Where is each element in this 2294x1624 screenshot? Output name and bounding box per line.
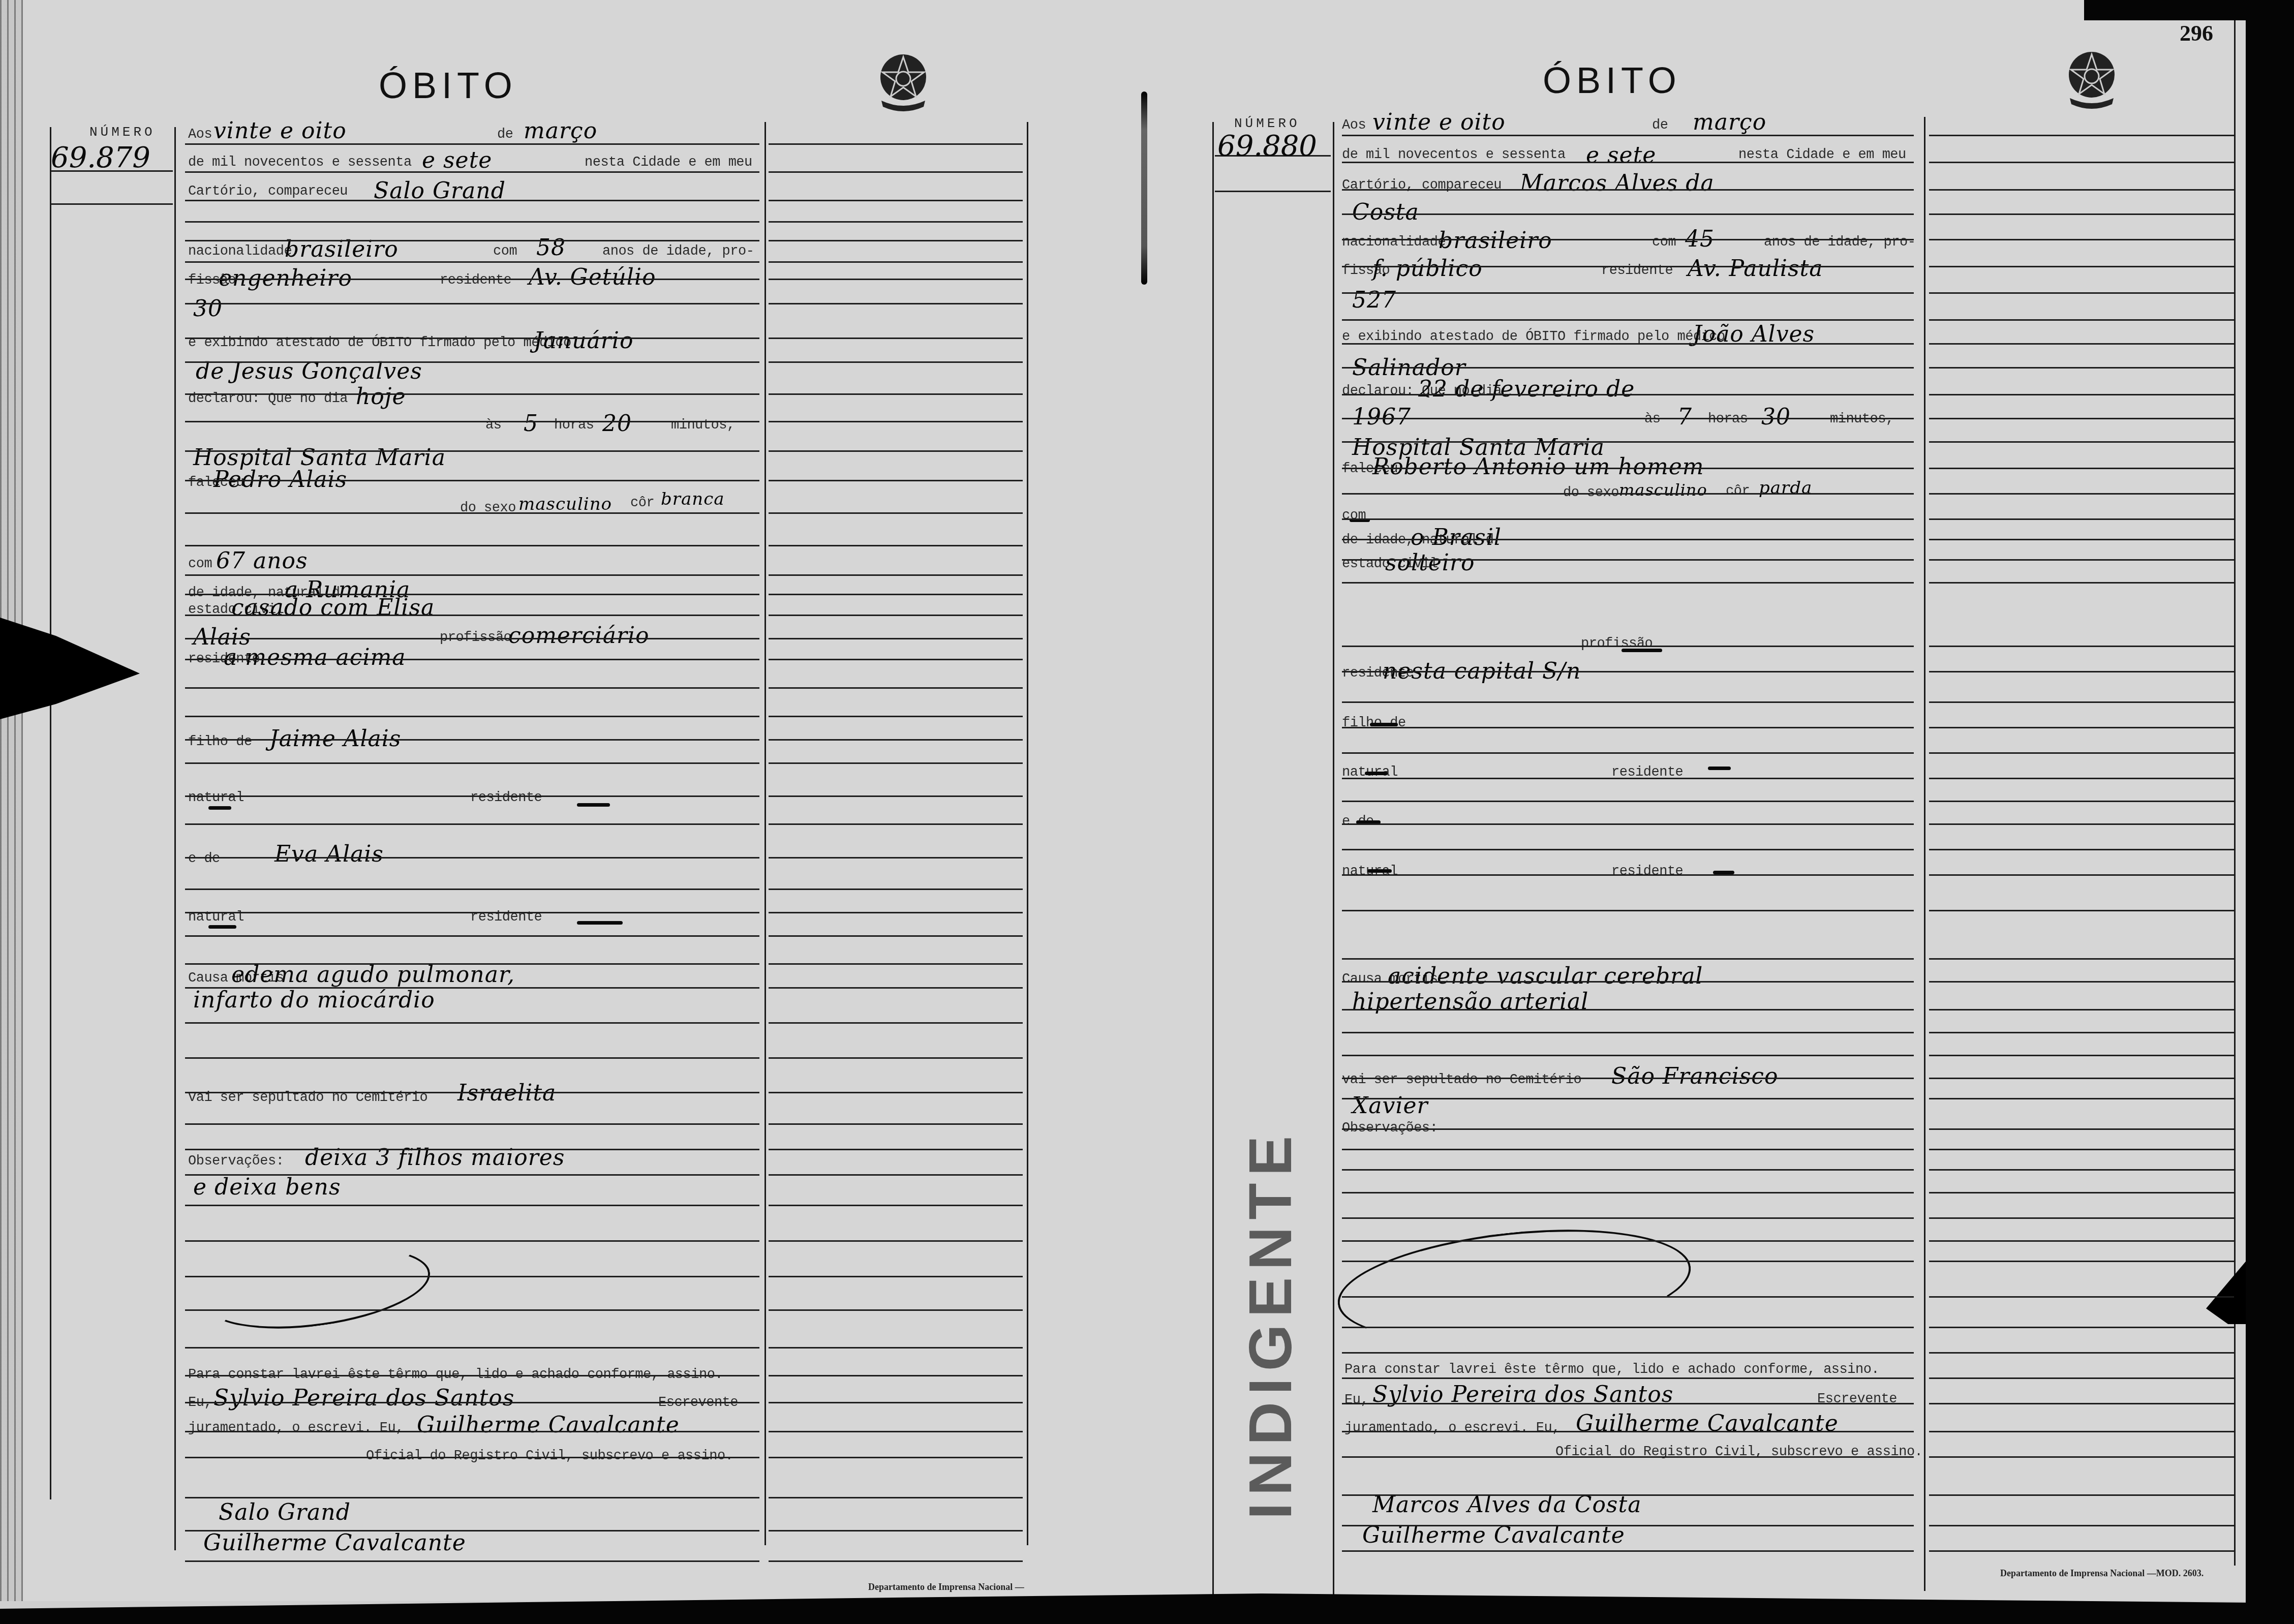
minutes-value: 20 [602, 411, 632, 437]
cause-of-death-cont: hipertensão arterial [1352, 989, 1588, 1015]
form-rule [185, 1022, 759, 1024]
form-rule [185, 638, 759, 639]
margin-rule [1929, 213, 2234, 215]
escrevente-label: Escrevente [1817, 1392, 1897, 1407]
minutos-label: minutos, [1830, 412, 1894, 427]
right-outer-border [1212, 122, 1214, 1596]
form-rule [185, 1347, 759, 1349]
form-rule [185, 1174, 759, 1176]
form-rule [1342, 1550, 1914, 1552]
age-label: anos de idade, pro- [602, 244, 754, 259]
form-rule [1342, 727, 1914, 728]
margin-rule [769, 200, 1023, 201]
form-rule [1342, 441, 1914, 443]
record-number: 69.880 [1217, 130, 1317, 163]
father-dash [1370, 723, 1398, 726]
cemetery-value: São Francisco [1611, 1063, 1778, 1089]
form-rule [1342, 778, 1914, 779]
margin-rule [1929, 162, 2234, 163]
form-rule [185, 1240, 759, 1242]
margin-rule [769, 594, 1023, 595]
final-signature: Guilherme Cavalcante [203, 1530, 466, 1556]
margin-rule [769, 912, 1023, 913]
deceased-age: 67 anos [216, 548, 308, 574]
margin-rule [769, 361, 1023, 363]
profession-dash [1622, 649, 1662, 652]
com-label: com [493, 244, 517, 259]
margin-rule [769, 421, 1023, 422]
form-rule [185, 545, 759, 546]
month-value: março [524, 118, 597, 144]
year-label: de mil novecentos e sessenta [1342, 147, 1566, 163]
form-rule [185, 716, 759, 717]
margin-rule [1929, 1352, 2234, 1354]
form-rule [1342, 910, 1914, 911]
margin-rule [1929, 1494, 2234, 1496]
father-residente-label: residente [470, 790, 542, 806]
margin-rule [769, 480, 1023, 481]
cartorio-label: Cartório, compareceu [188, 184, 348, 199]
margin-rule [769, 1092, 1023, 1093]
margin-rule [1929, 1377, 2234, 1379]
form-rule [1342, 701, 1914, 703]
form-rule [185, 888, 759, 890]
margin-rule [769, 1240, 1023, 1242]
form-rule [185, 240, 759, 241]
margin-rule [1929, 1261, 2234, 1262]
margin-rule [1929, 468, 2234, 469]
day-value: vinte e oito [213, 118, 347, 144]
oficial-label: Oficial do Registro Civil, subscrevo e a… [366, 1449, 733, 1464]
form-rule [1342, 394, 1914, 395]
margin-rule [1929, 1296, 2234, 1298]
year-value: e sete [1586, 142, 1656, 168]
margin-rule [769, 795, 1023, 797]
residente-label: residente [440, 273, 511, 288]
official-signature: Guilherme Cavalcante [1576, 1411, 1839, 1436]
form-rule [185, 221, 759, 223]
margin-rule [769, 303, 1023, 304]
scan-border-right [2246, 0, 2294, 1624]
nationality-value: brasileiro [1439, 228, 1552, 254]
form-rule [1342, 239, 1914, 240]
binding-gutter-mark [1141, 91, 1147, 285]
margin-rule [769, 963, 1023, 965]
margin-rule [769, 1375, 1023, 1376]
number-box-line [1215, 191, 1331, 192]
city-label: nesta Cidade e em meu [585, 155, 752, 170]
father-residence-dash [577, 803, 610, 807]
form-rule [1342, 874, 1914, 876]
margin-rule [1929, 981, 2234, 983]
form-rule [185, 935, 759, 937]
horas-label: horas [1708, 412, 1748, 427]
margin-rule [1929, 823, 2234, 825]
margin-rule [1929, 559, 2234, 561]
form-rule [185, 200, 759, 201]
official-signature: Guilherme Cavalcante [417, 1412, 680, 1438]
deceased-profession: comerciário [508, 623, 649, 649]
cor-label: côr [630, 496, 654, 511]
form-rule [185, 1149, 759, 1150]
form-rule [1342, 1403, 1914, 1404]
form-rule [1342, 266, 1914, 267]
margin-rule [769, 1174, 1023, 1176]
father-natural-dash [208, 806, 231, 810]
form-rule [185, 279, 759, 280]
eu-label: Eu, [1344, 1393, 1368, 1408]
marital-status: solteiro [1385, 550, 1475, 576]
form-rule [185, 795, 759, 797]
filho-label: filho de [188, 734, 252, 750]
form-rule [185, 1457, 759, 1458]
doctor-value: Januário [534, 328, 633, 354]
margin-rule [769, 1497, 1023, 1498]
margin-rule [769, 1402, 1023, 1403]
margin-rule [1929, 1032, 2234, 1033]
color-value: branca [661, 489, 725, 509]
form-rule [1342, 1377, 1914, 1379]
form-rule [185, 762, 759, 764]
margin-rule [1929, 418, 2234, 419]
form-rule [1342, 1352, 1914, 1354]
clerk-signature: Sylvio Pereira dos Santos [213, 1385, 514, 1411]
margin-rule [1929, 319, 2234, 321]
margin-rule [769, 1309, 1023, 1311]
form-rule [1342, 1240, 1914, 1242]
mother-natural-dash [1367, 869, 1392, 873]
printer-imprint-left: Departamento de Imprensa Nacional — [868, 1582, 1024, 1592]
printer-imprint-right: Departamento de Imprensa Nacional —MOD. … [2000, 1568, 2204, 1579]
margin-rule [1929, 910, 2234, 911]
form-rule [185, 987, 759, 989]
sex-value: masculino [518, 494, 612, 514]
margin-rule [1929, 752, 2234, 754]
form-title-left: ÓBITO [379, 65, 517, 107]
de-label: de [1652, 118, 1668, 133]
margin-rule [1929, 1456, 2234, 1458]
minutes-value: 30 [1761, 404, 1791, 430]
declarant-value: Marcos Alves da [1520, 170, 1715, 196]
margin-rule [769, 935, 1023, 937]
declarant-signature: Salo Grand [219, 1499, 351, 1525]
margin-rule [769, 574, 1023, 576]
margin-rule [1929, 239, 2234, 240]
margin-rule [769, 393, 1023, 395]
nationality-label: nacionalidade [1342, 235, 1446, 250]
margin-rule [1929, 801, 2234, 802]
observations-cont: e deixa bens [193, 1174, 341, 1200]
record-number: 69.879 [51, 141, 150, 174]
mother-name: Eva Alais [274, 841, 384, 867]
margin-rule [1929, 367, 2234, 369]
form-rule [185, 1431, 759, 1432]
form-rule [1342, 671, 1914, 672]
form-rule [1342, 418, 1914, 419]
form-rule [1342, 849, 1914, 850]
form-rule [1342, 1217, 1914, 1219]
margin-rule [1929, 394, 2234, 395]
form-rule [185, 450, 759, 452]
margin-rule [1929, 266, 2234, 267]
closing-statement: Para constar lavrei êste têrmo que, lido… [1344, 1362, 1879, 1377]
form-rule [1342, 135, 1914, 136]
numero-label: NÚMERO [1234, 116, 1300, 131]
form-rule [1342, 981, 1914, 983]
form-rule [1342, 319, 1914, 321]
margin-rule [1929, 1431, 2234, 1432]
form-rule [185, 1530, 759, 1531]
declarant-residence: Av. Getúlio [529, 264, 656, 290]
minutos-label: minutos, [671, 418, 735, 433]
margin-rule [769, 1530, 1023, 1531]
margin-rule [769, 739, 1023, 741]
form-rule [1342, 1431, 1914, 1432]
margin-rule [769, 240, 1023, 241]
form-rule [185, 1497, 759, 1498]
form-rule [185, 393, 759, 395]
form-rule [1342, 292, 1914, 294]
margin-rule [769, 638, 1023, 639]
city-label: nesta Cidade e em meu [1738, 147, 1906, 163]
month-value: março [1693, 109, 1766, 135]
margin-rule [769, 143, 1023, 145]
margin-rule [1929, 1149, 2234, 1150]
year-label: de mil novecentos e sessenta [188, 155, 412, 170]
year-value: e sete [422, 147, 492, 173]
margin-rule [1929, 701, 2234, 703]
margin-rule [1929, 135, 2234, 136]
margin-rule [769, 1149, 1023, 1150]
form-rule [1342, 646, 1914, 647]
form-rule [185, 261, 759, 263]
death-day-value: hoje [356, 384, 406, 410]
form-rule [1342, 1009, 1914, 1010]
margin-rule [769, 1022, 1023, 1024]
form-rule [185, 615, 759, 616]
form-rule [1342, 1149, 1914, 1150]
death-day-value: 22 de fevereiro de [1418, 376, 1635, 402]
form-rule [185, 1205, 759, 1206]
form-rule [1342, 958, 1914, 960]
margin-rule [769, 1560, 1023, 1562]
form-rule [1342, 1098, 1914, 1099]
form-rule [1342, 1327, 1914, 1328]
margin-rule [1929, 1240, 2234, 1242]
hour-value: 5 [524, 411, 538, 437]
margin-rule [1929, 1128, 2234, 1130]
margin-rule [769, 1276, 1023, 1277]
aos-label: Aos [1342, 118, 1366, 133]
mother-label: e de [188, 851, 220, 867]
form-rule [185, 338, 759, 339]
margin-rule [1929, 1327, 2234, 1328]
cause-of-death: edema agudo pulmonar, [231, 962, 515, 988]
cause-of-death-cont: infarto do miocárdio [193, 987, 435, 1013]
margin-rule [769, 888, 1023, 890]
margin-rule [1929, 292, 2234, 294]
coat-of-arms-icon [2064, 48, 2120, 109]
form-rule [185, 823, 759, 825]
margin-rule [769, 1347, 1023, 1349]
margin-rule [769, 512, 1023, 514]
margin-rule [1929, 727, 2234, 728]
form-rule [1342, 1128, 1914, 1130]
form-rule [1342, 1169, 1914, 1171]
margin-rule [1929, 343, 2234, 345]
margin-rule [769, 1057, 1023, 1059]
horas-label: horas [554, 418, 594, 433]
form-rule [185, 963, 759, 965]
form-rule [1342, 1525, 1914, 1526]
margin-rule [1929, 493, 2234, 495]
margin-rule [769, 823, 1023, 825]
marital-status: casado com Elisa [231, 595, 435, 621]
margin-rule [1929, 1525, 2234, 1526]
margin-rule [769, 1123, 1023, 1125]
mother-residence-dash [577, 921, 623, 925]
left-number-column-border [174, 127, 176, 1550]
margin-rule [769, 1431, 1023, 1432]
margin-rule [769, 615, 1023, 616]
birthplace-value: o Brasil [1411, 525, 1502, 550]
form-rule [185, 1057, 759, 1059]
form-rule [1342, 213, 1914, 215]
death-day-value-cont: 1967 [1352, 404, 1411, 430]
form-rule [1342, 1296, 1914, 1298]
form-rule [185, 1375, 759, 1376]
form-rule [1342, 518, 1914, 520]
right-page-right-edge [2234, 20, 2236, 1566]
hour-value: 7 [1677, 404, 1692, 430]
form-rule [1342, 468, 1914, 469]
page-number: 296 [2180, 20, 2213, 46]
declarant-residence: Av. Paulista [1688, 256, 1823, 282]
left-page-right-edge [1027, 122, 1028, 1545]
father-natural-dash [1365, 772, 1388, 775]
margin-rule [1929, 518, 2234, 520]
form-rule [1342, 493, 1914, 495]
deceased-residence: a mesma acima [224, 645, 406, 670]
margin-rule [769, 762, 1023, 764]
father-residence-dash [1708, 767, 1731, 770]
margin-rule [769, 261, 1023, 263]
form-rule [1342, 189, 1914, 191]
margin-rule [1929, 874, 2234, 876]
coat-of-arms-icon [875, 51, 931, 112]
form-rule [185, 1309, 759, 1311]
form-rule [1342, 1055, 1914, 1056]
left-margin-border [764, 122, 766, 1545]
margin-rule [1929, 849, 2234, 850]
margin-rule [769, 221, 1023, 223]
margin-rule [1929, 671, 2234, 672]
sex-value: masculino [1619, 480, 1707, 500]
cemetery-label: vai ser sepultado no Cemitério [1342, 1073, 1581, 1088]
form-rule [1342, 1078, 1914, 1079]
form-rule [185, 421, 759, 422]
margin-rule [769, 1457, 1023, 1458]
cartorio-label: Cartório, compareceu [1342, 178, 1502, 193]
margin-rule [1929, 1169, 2234, 1171]
mother-residente-label: residente [1611, 864, 1683, 879]
form-rule [185, 574, 759, 576]
form-rule [185, 1123, 759, 1125]
indigente-stamp: INDIGENTE [1240, 1062, 1301, 1586]
margin-rule [769, 1205, 1023, 1206]
number-box-line [51, 203, 173, 205]
form-rule [1342, 752, 1914, 754]
mother-natural-dash [208, 925, 236, 929]
form-rule [185, 594, 759, 595]
form-rule [185, 303, 759, 304]
margin-rule [769, 687, 1023, 689]
margin-rule [1929, 1098, 2234, 1099]
form-rule [185, 857, 759, 859]
cause-of-death: acidente vascular cerebral [1388, 963, 1703, 989]
form-rule [1342, 823, 1914, 825]
deceased-name: Roberto Antonio um homem [1372, 454, 1704, 480]
age-label: anos de idade, pro- [1764, 235, 1915, 250]
margin-rule [769, 279, 1023, 280]
form-title-right: ÓBITO [1543, 60, 1681, 102]
margin-rule [769, 171, 1023, 173]
form-rule [1342, 1261, 1914, 1262]
form-rule [185, 480, 759, 481]
form-rule [1342, 162, 1914, 163]
mother-residence-dash [1713, 871, 1734, 874]
margin-rule [1929, 1403, 2234, 1404]
declarant-age: 58 [536, 235, 566, 261]
aos-label: Aos [188, 127, 212, 142]
form-rule [185, 687, 759, 689]
form-rule [1342, 367, 1914, 369]
scanned-register-spread: 296 ÓBITO NÚMERO 69.879 Aos vinte e oito… [0, 0, 2294, 1624]
margin-rule [769, 338, 1023, 339]
page-edge-stack [0, 0, 23, 1601]
form-rule [1342, 801, 1914, 802]
form-rule [185, 1092, 759, 1093]
father-natural-label: natural [188, 790, 244, 806]
form-rule [1342, 1456, 1914, 1458]
margin-rule [1929, 958, 2234, 960]
form-rule [185, 1402, 759, 1403]
juramentado-label: juramentado, o escrevi. Eu, [188, 1421, 404, 1436]
nationality-label: nacionalidade [188, 244, 292, 259]
form-rule [185, 659, 759, 660]
margin-rule [1929, 1009, 2234, 1010]
cor-label: côr [1726, 484, 1750, 499]
form-rule [185, 143, 759, 145]
right-margin-border [1924, 117, 1925, 1591]
margin-rule [1929, 539, 2234, 540]
margin-rule [769, 987, 1023, 989]
margin-rule [1929, 1217, 2234, 1219]
left-outer-border [50, 127, 51, 1499]
form-rule [1342, 1494, 1914, 1496]
form-rule [185, 361, 759, 363]
day-value: vinte e oito [1372, 109, 1506, 135]
medico-label: e exibindo atestado de ÓBITO firmado pel… [1342, 329, 1725, 345]
form-rule [185, 912, 759, 913]
form-rule [185, 1560, 759, 1562]
margin-rule [1929, 1192, 2234, 1193]
com-label: com [1652, 235, 1676, 250]
form-rule [185, 512, 759, 514]
declarant-residence-cont: 30 [193, 296, 223, 322]
margin-rule [1929, 1078, 2234, 1079]
margin-rule [769, 450, 1023, 452]
